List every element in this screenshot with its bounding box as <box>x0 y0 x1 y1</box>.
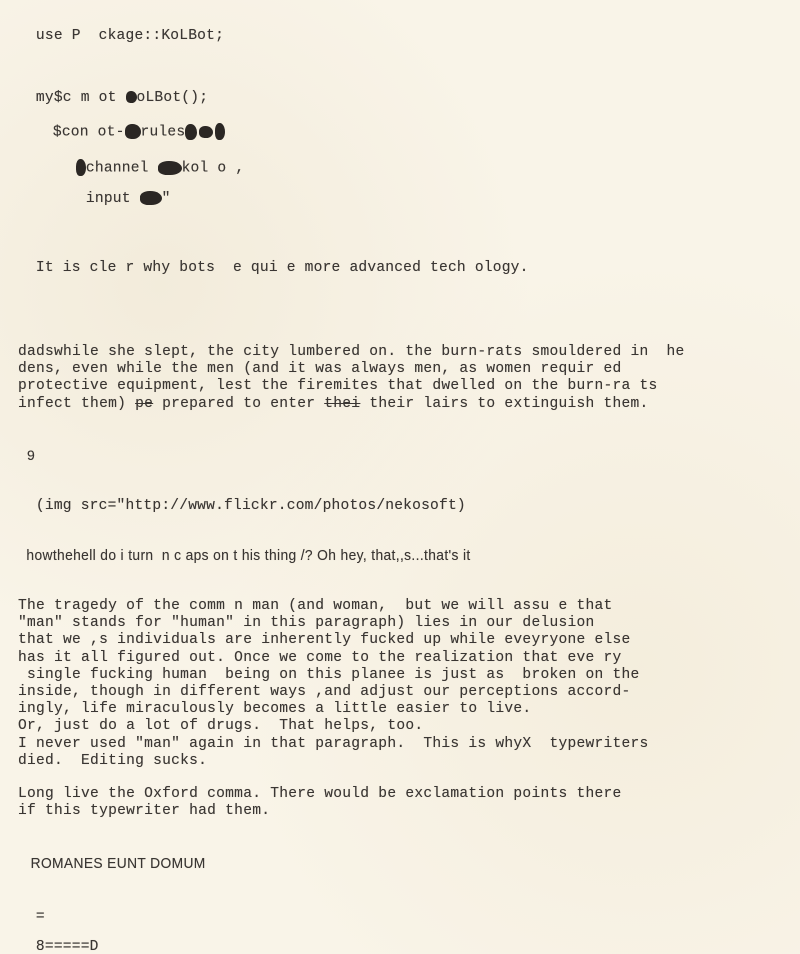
paragraph-line: ingly, life miraculously becomes a littl… <box>18 701 649 718</box>
paragraph-line: died. Editing sucks. <box>18 753 649 770</box>
ink-blot <box>215 123 225 140</box>
final-text: 8=====D <box>36 939 99 954</box>
motto: ROMANES EUNT DOMUM <box>18 838 206 872</box>
code-line-rules: $con ot-rules <box>26 106 225 141</box>
code-text: kol o , <box>182 160 245 176</box>
paragraph-tragedy: The tragedy of the comm n man (and woman… <box>18 598 649 770</box>
ink-blot <box>126 91 137 103</box>
code-line-use-package: use P ckage::KoLBot; <box>18 11 224 45</box>
ink-blot <box>158 161 182 175</box>
ink-blot <box>199 126 213 138</box>
caps-text: howthehell do i turn n c aps on t his th… <box>26 547 470 564</box>
code-text: rules <box>141 124 186 140</box>
caps-line: howthehell do i turn n c aps on t his th… <box>18 530 471 564</box>
code-text: oLBot(); <box>137 90 209 106</box>
line-segment: infect them) <box>18 396 135 412</box>
paragraph-line: if this typewriter had them. <box>18 803 622 820</box>
paragraph-line: inside, though in different ways ,and ad… <box>18 684 649 701</box>
equals-line: = <box>18 892 45 926</box>
line-segment: prepared to enter <box>153 396 324 412</box>
code-line-my-conbot: my$c m ot oLBot(); <box>18 73 208 107</box>
ink-blot <box>125 124 141 139</box>
paragraph-line: Long live the Oxford comma. There would … <box>18 786 622 803</box>
code-line-channel: channel kol o , <box>58 142 244 177</box>
ink-blot <box>185 124 197 140</box>
final-line: 8=====D <box>18 922 99 954</box>
paragraph-line: Or, just do a lot of drugs. That helps, … <box>18 718 649 735</box>
sentence-text: It is cle r why bots e qui e more advanc… <box>36 260 529 276</box>
paragraph-line: dadswhile she slept, the city lumbered o… <box>18 344 685 361</box>
page-number-text: 9 <box>27 447 35 463</box>
paragraph-line: has it all figured out. Once we come to … <box>18 650 649 667</box>
struck-text: thei <box>324 396 360 412</box>
paragraph-line: dens, even while the men (and it was alw… <box>18 361 685 378</box>
page-number: 9 <box>18 430 35 464</box>
line-segment: their lairs to extinguish them. <box>360 396 648 412</box>
paragraph-city: dadswhile she slept, the city lumbered o… <box>18 344 685 413</box>
code-text: use P ckage::KoLBot; <box>36 28 224 44</box>
paragraph-line: I never used "man" again in that paragra… <box>18 736 649 753</box>
paragraph-line: protective equipment, lest the firemites… <box>18 378 685 395</box>
sentence-bots: It is cle r why bots e qui e more advanc… <box>18 243 529 277</box>
motto-text: ROMANES EUNT DOMUM <box>26 855 205 872</box>
paragraph-line: The tragedy of the comm n man (and woman… <box>18 598 649 615</box>
code-text: " <box>162 191 171 207</box>
img-src-line: (img src="http://www.flickr.com/photos/n… <box>18 481 466 515</box>
paragraph-line: single fucking human being on this plane… <box>18 667 649 684</box>
code-text: $con ot- <box>44 124 125 140</box>
paragraph-oxford: Long live the Oxford comma. There would … <box>18 786 622 820</box>
paragraph-line: "man" stands for "human" in this paragra… <box>18 615 649 632</box>
img-src-text: (img src="http://www.flickr.com/photos/n… <box>36 498 466 514</box>
paragraph-line: that we ,s individuals are inherently fu… <box>18 632 649 649</box>
code-text: input <box>86 191 140 207</box>
code-text: my$c m ot <box>36 90 126 106</box>
ink-blot <box>140 191 162 205</box>
struck-text: pe <box>135 396 153 412</box>
paragraph-line: infect them) pe prepared to enter thei t… <box>18 396 685 413</box>
code-line-input: input " <box>68 174 171 208</box>
